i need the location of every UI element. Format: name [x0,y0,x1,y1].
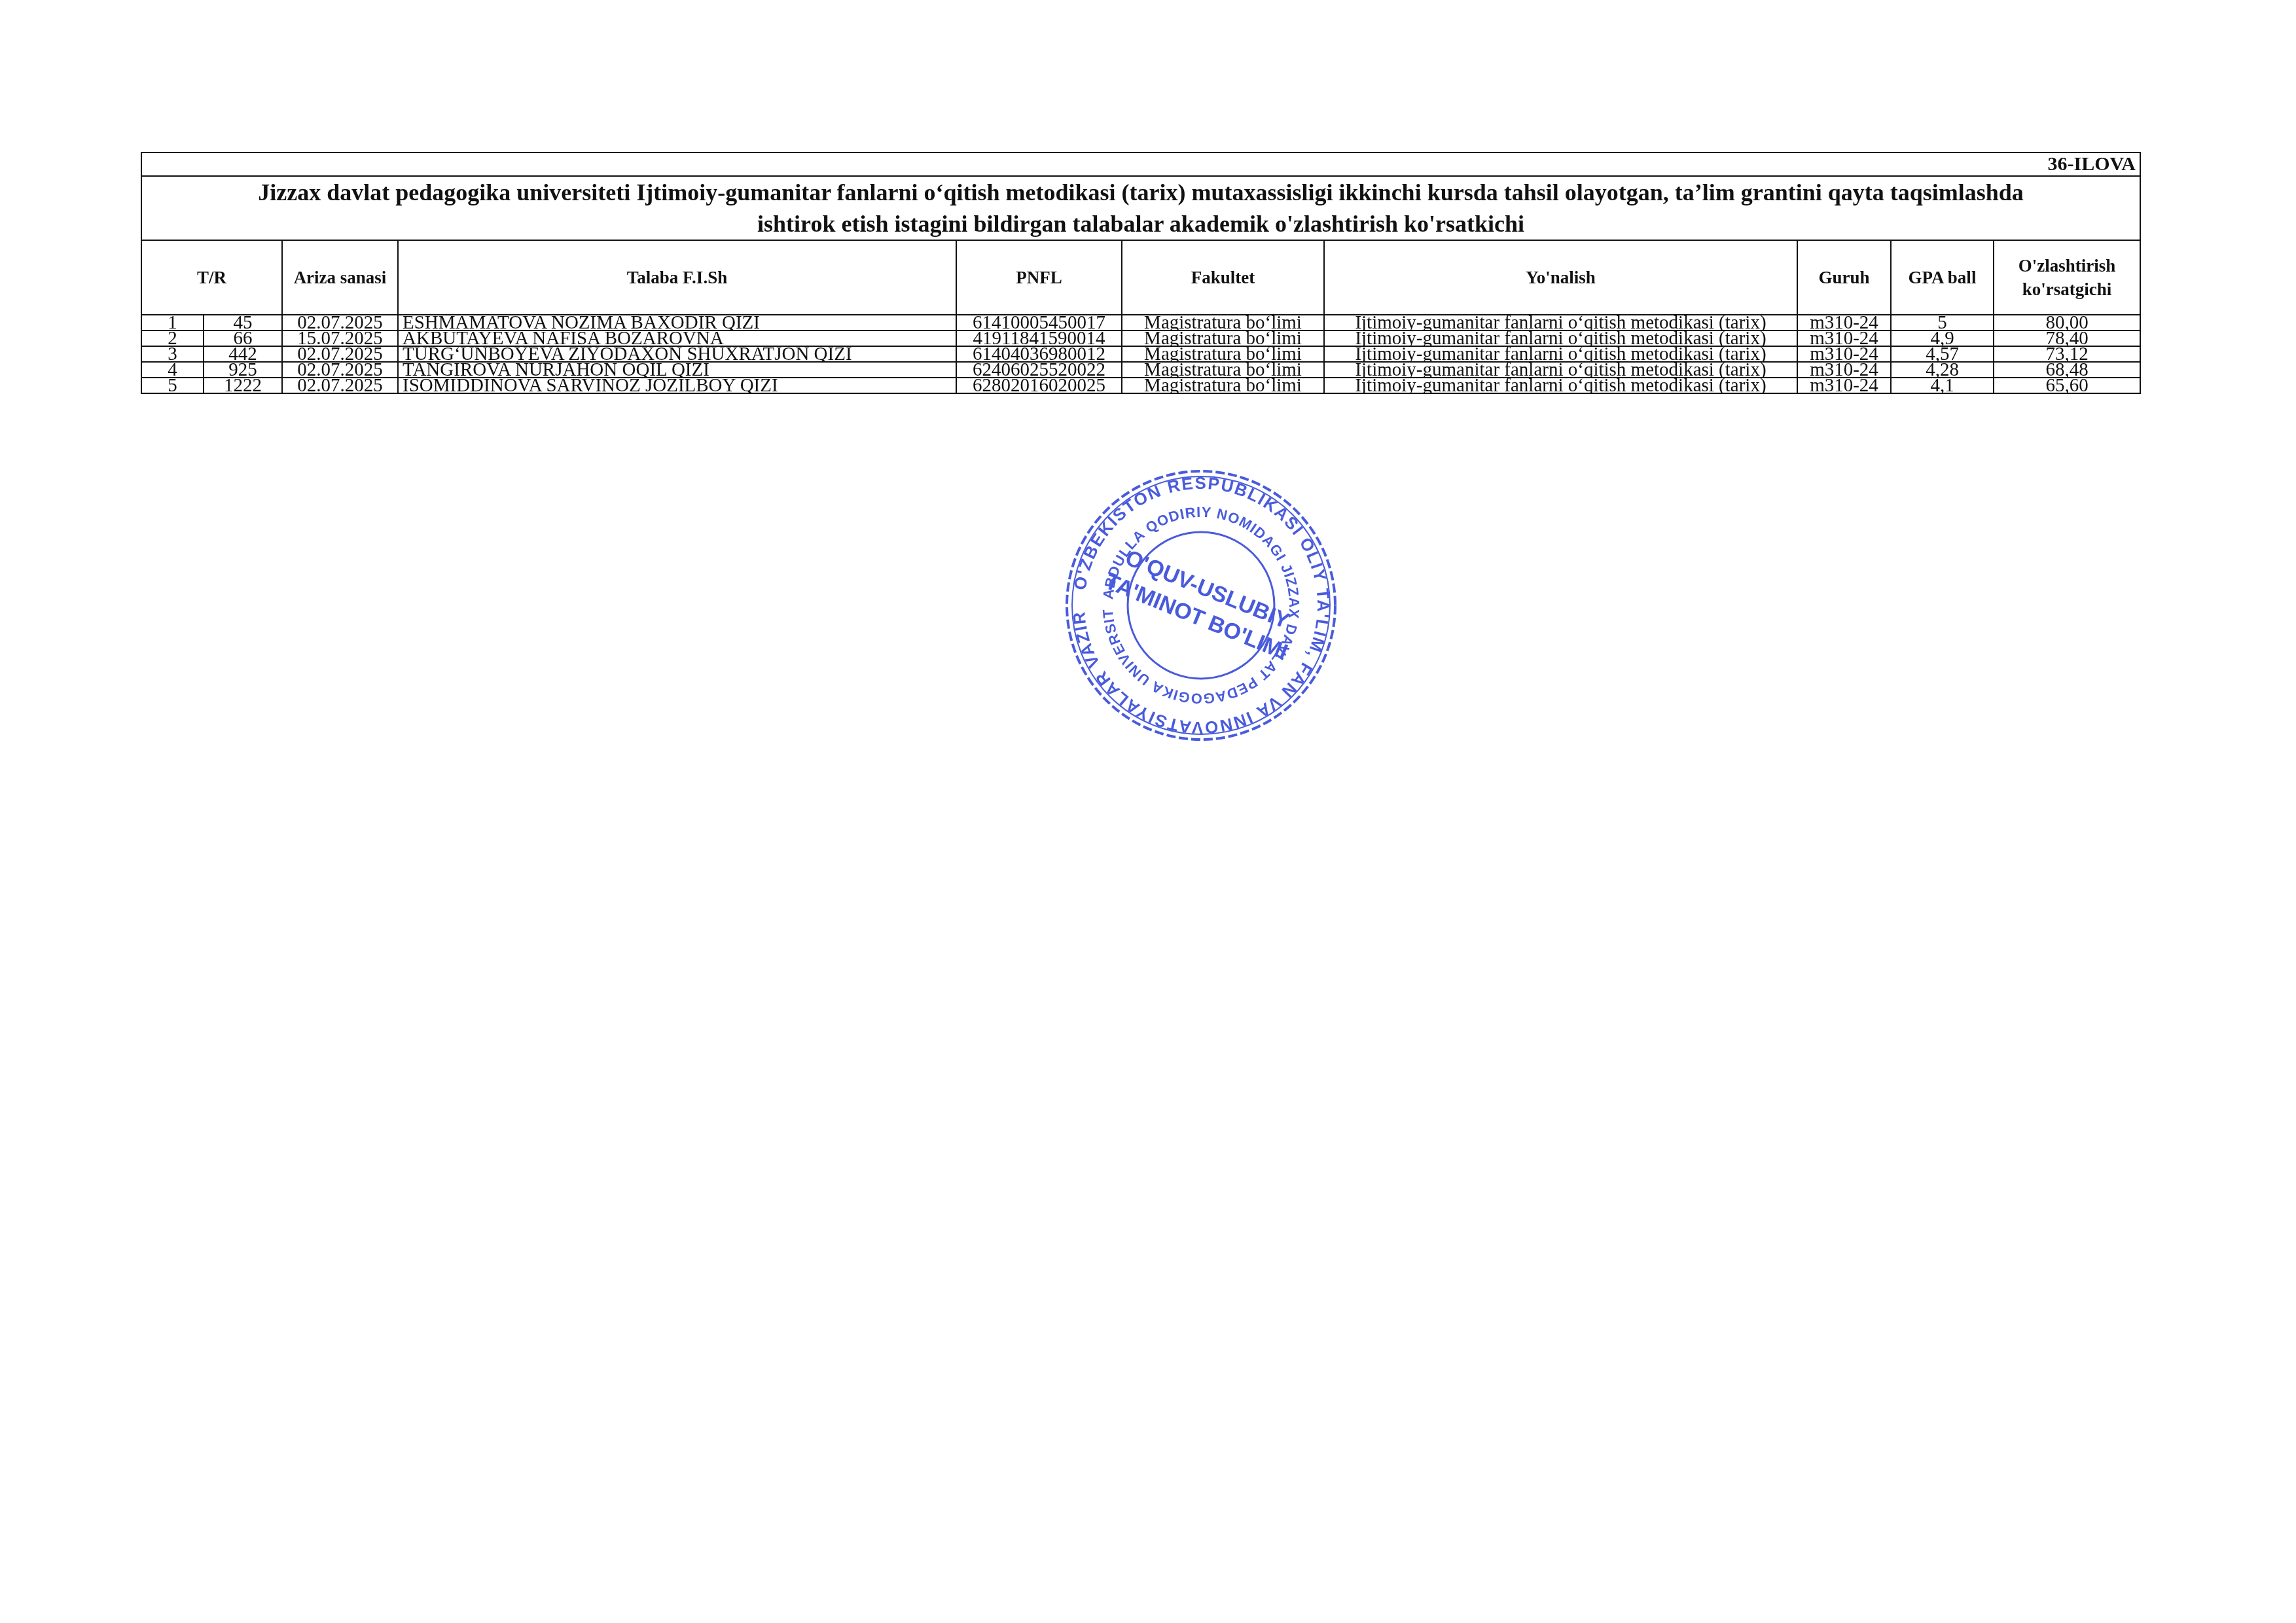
cell-performance: 65,60 [1994,378,2140,393]
cell-performance: 68,48 [1994,362,2140,378]
cell-row-number: 4 [141,362,204,378]
cell-application-date: 02.07.2025 [282,378,398,393]
table-row: 5122202.07.2025ISOMIDDINOVA SARVINOZ JOZ… [141,378,2140,393]
cell-row-number: 3 [141,346,204,362]
cell-direction: Ijtimoiy-gumanitar fanlarni o‘qitish met… [1324,346,1797,362]
stamp-seal-icon: O'ZBEKISTON RESPUBLIKASI OLIY TA'LIM, FA… [1060,465,1342,746]
cell-direction: Ijtimoiy-gumanitar fanlarni o‘qitish met… [1324,378,1797,393]
cell-direction: Ijtimoiy-gumanitar fanlarni o‘qitish met… [1324,315,1797,330]
cell-student-name: AKBUTAYEVA NAFISA BOZAROVNA [398,330,956,346]
header-gpa: GPA ball [1891,240,1994,315]
header-performance: O'zlashtirish ko'rsatgichi [1994,240,2140,315]
cell-direction: Ijtimoiy-gumanitar fanlarni o‘qitish met… [1324,362,1797,378]
cell-pnfl: 62406025520022 [956,362,1122,378]
table-body: 14502.07.2025ESHMAMATOVA NOZIMA BAXODIR … [141,315,2140,393]
cell-performance: 73,12 [1994,346,2140,362]
cell-pnfl: 61404036980012 [956,346,1122,362]
cell-gpa: 4,57 [1891,346,1994,362]
cell-group: m310-24 [1797,378,1891,393]
header-student-name: Talaba F.I.Sh [398,240,956,315]
cell-application-date: 15.07.2025 [282,330,398,346]
cell-student-name: ISOMIDDINOVA SARVINOZ JOZILBOY QIZI [398,378,956,393]
cell-application-date: 02.07.2025 [282,315,398,330]
cell-student-name: TANGIROVA NURJAHON OQIL QIZI [398,362,956,378]
cell-application-id: 1222 [204,378,282,393]
cell-faculty: Magistratura bo‘limi [1122,330,1324,346]
cell-application-date: 02.07.2025 [282,346,398,362]
header-pnfl: PNFL [956,240,1122,315]
header-performance-line-1: O'zlashtirish [1998,254,2136,277]
cell-faculty: Magistratura bo‘limi [1122,346,1324,362]
cell-student-name: TURG‘UNBOYEVA ZIYODAXON SHUXRATJON QIZI [398,346,956,362]
table-header-row: T/R Ariza sanasi Talaba F.I.Sh PNFL Faku… [141,240,2140,315]
cell-application-id: 45 [204,315,282,330]
header-tr: T/R [141,240,282,315]
cell-application-date: 02.07.2025 [282,362,398,378]
cell-direction: Ijtimoiy-gumanitar fanlarni o‘qitish met… [1324,330,1797,346]
annex-label: 36-ILOVA [141,152,2140,176]
cell-row-number: 1 [141,315,204,330]
cell-gpa: 4,9 [1891,330,1994,346]
cell-faculty: Magistratura bo‘limi [1122,362,1324,378]
table-row: 14502.07.2025ESHMAMATOVA NOZIMA BAXODIR … [141,315,2140,330]
cell-row-number: 2 [141,330,204,346]
cell-group: m310-24 [1797,330,1891,346]
header-group: Guruh [1797,240,1891,315]
title-line-2: ishtirok etish istagini bildirgan talaba… [146,208,2136,240]
header-faculty: Fakultet [1122,240,1324,315]
cell-application-id: 925 [204,362,282,378]
official-stamp: O'ZBEKISTON RESPUBLIKASI OLIY TA'LIM, FA… [1060,465,1342,746]
title-line-1: Jizzax davlat pedagogika universiteti Ij… [146,177,2136,208]
table-row: 26615.07.2025AKBUTAYEVA NAFISA BOZAROVNA… [141,330,2140,346]
cell-student-name: ESHMAMATOVA NOZIMA BAXODIR QIZI [398,315,956,330]
cell-gpa: 5 [1891,315,1994,330]
cell-application-id: 66 [204,330,282,346]
header-direction: Yo'nalish [1324,240,1797,315]
cell-pnfl: 61410005450017 [956,315,1122,330]
academic-performance-table: 36-ILOVA Jizzax davlat pedagogika univer… [141,152,2141,394]
cell-pnfl: 41911841590014 [956,330,1122,346]
cell-performance: 80,00 [1994,315,2140,330]
table-row: 344202.07.2025TURG‘UNBOYEVA ZIYODAXON SH… [141,346,2140,362]
cell-performance: 78,40 [1994,330,2140,346]
cell-pnfl: 62802016020025 [956,378,1122,393]
cell-group: m310-24 [1797,346,1891,362]
cell-group: m310-24 [1797,315,1891,330]
document-page: 36-ILOVA Jizzax davlat pedagogika univer… [0,0,2296,1623]
cell-gpa: 4,28 [1891,362,1994,378]
cell-gpa: 4,1 [1891,378,1994,393]
cell-faculty: Magistratura bo‘limi [1122,378,1324,393]
document-title: Jizzax davlat pedagogika universiteti Ij… [141,176,2140,240]
cell-group: m310-24 [1797,362,1891,378]
cell-row-number: 5 [141,378,204,393]
table-row: 492502.07.2025TANGIROVA NURJAHON OQIL QI… [141,362,2140,378]
cell-faculty: Magistratura bo‘limi [1122,315,1324,330]
header-application-date: Ariza sanasi [282,240,398,315]
header-performance-line-2: ko'rsatgichi [1998,277,2136,301]
cell-application-id: 442 [204,346,282,362]
